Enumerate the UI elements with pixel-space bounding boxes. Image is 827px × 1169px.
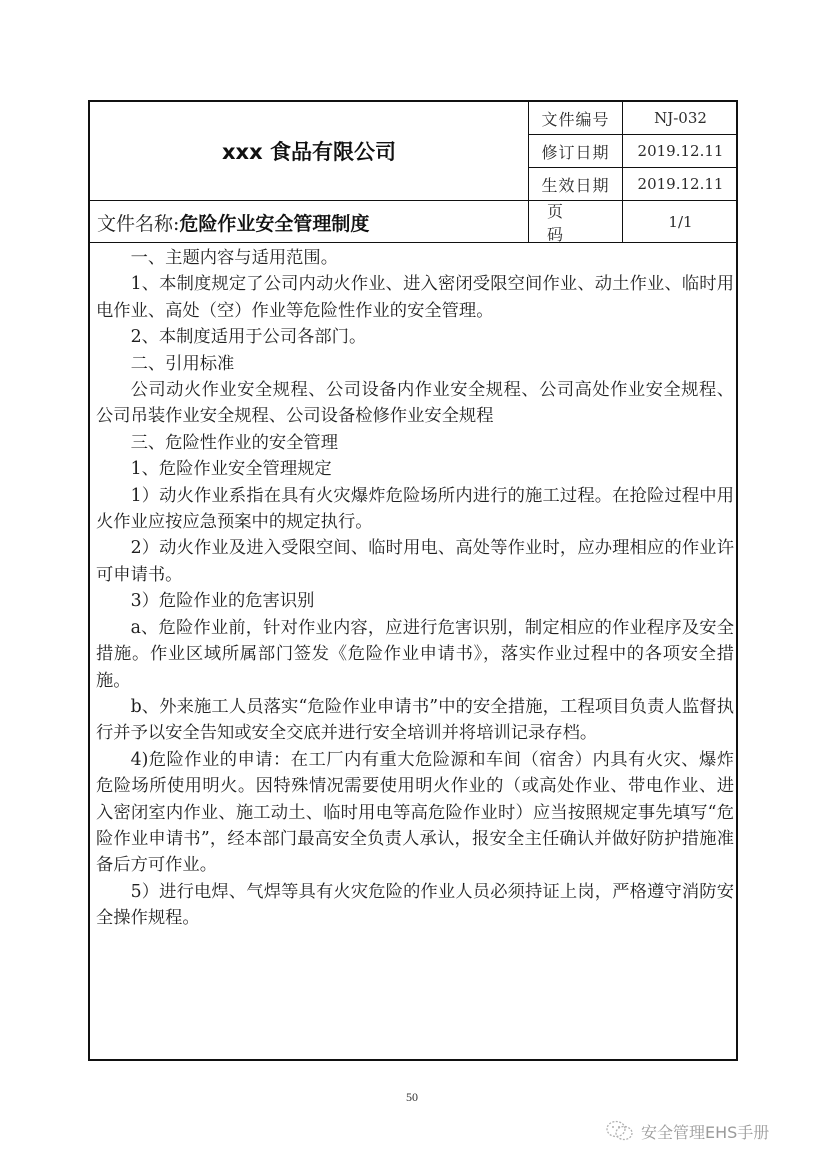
subsection-heading: 1、危险作业安全管理规定 [96,456,734,482]
section-heading: 二、引用标准 [96,351,734,377]
revision-date-label: 修订日期 [529,135,623,168]
document-number-label: 文件编号 [529,102,623,135]
form-header: xxx 食品有限公司 文件名称: 危险作业安全管理制度 文件编号 NJ-032 … [90,102,736,243]
page-value: 1/1 [623,201,738,243]
document-form-table: xxx 食品有限公司 文件名称: 危险作业安全管理制度 文件编号 NJ-032 … [88,100,738,1061]
watermark: 安全管理EHS手册 [605,1119,769,1143]
file-name-label: 文件名称: [97,209,179,236]
paragraph: a、危险作业前，针对作业内容，应进行危害识别，制定相应的作业程序及安全措施。作业… [96,615,734,694]
paragraph: 公司动火作业安全规程、公司设备内作业安全规程、公司高处作业安全规程、公司吊装作业… [96,377,734,430]
document-body: 一、主题内容与适用范围。 1、本制度规定了公司内动火作业、进入密闭受限空间作业、… [96,245,734,932]
file-name-value: 危险作业安全管理制度 [179,209,369,236]
effective-date-label: 生效日期 [529,168,623,201]
page-label: 页码 [529,201,623,243]
paragraph: 4)危险作业的申请：在工厂内有重大危险源和车间（宿舍）内具有火灾、爆炸危险场所使… [96,747,734,879]
wechat-icon [605,1119,635,1143]
paragraph: b、外来施工人员落实“危险作业申请书”中的安全措施，工程项目负责人监督执行并予以… [96,694,734,747]
page-number: 50 [406,1090,418,1105]
section-heading: 三、危险性作业的安全管理 [96,430,734,456]
paragraph: 2）动火作业及进入受限空间、临时用电、高处等作业时，应办理相应的作业许可申请书。 [96,535,734,588]
document-number-value: NJ-032 [623,102,738,135]
paragraph: 1）动火作业系指在具有火灾爆炸危险场所内进行的施工过程。在抢险过程中用火作业应按… [96,483,734,536]
revision-date-value: 2019.12.11 [623,135,738,168]
subsection-heading: 3）危险作业的危害识别 [96,588,734,614]
paragraph: 2、本制度适用于公司各部门。 [96,324,734,350]
file-name-row: 文件名称: 危险作业安全管理制度 [90,201,529,243]
company-name: xxx 食品有限公司 [90,102,529,201]
paragraph: 5）进行电焊、气焊等具有火灾危险的作业人员必须持证上岗，严格遵守消防安全操作规程… [96,879,734,932]
section-heading: 一、主题内容与适用范围。 [96,245,734,271]
paragraph: 1、本制度规定了公司内动火作业、进入密闭受限空间作业、动土作业、临时用电作业、高… [96,271,734,324]
effective-date-value: 2019.12.11 [623,168,738,201]
watermark-text: 安全管理EHS手册 [641,1120,769,1143]
